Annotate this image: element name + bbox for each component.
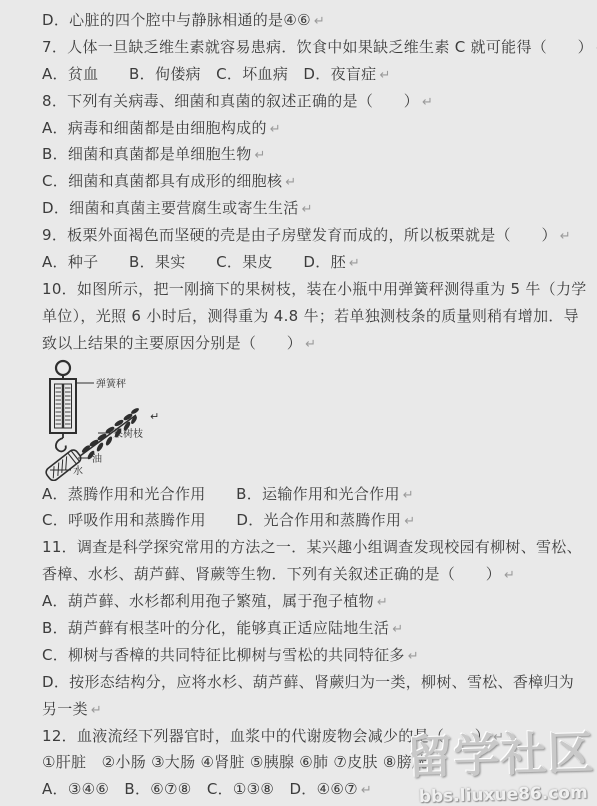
line-text: 9．板栗外面褐色而坚硬的壳是由子房壁发育而成的，所以板栗就是（ ） (42, 226, 557, 244)
doc-line: 9．板栗外面褐色而坚硬的壳是由子房壁发育而成的，所以板栗就是（ ）↵ (42, 222, 587, 249)
paragraph-mark: ↵ (408, 649, 419, 664)
question10-figure: 弹簧秤 果树枝 油 水 ↵ (34, 357, 587, 481)
line-text: 11．调查是科学探究常用的方法之一．某兴趣小组调查发现校园有柳树、雪松、 (42, 538, 582, 556)
spring-scale-diagram: 弹簧秤 果树枝 油 水 ↵ (34, 357, 209, 481)
doc-line: C．柳树与香樟的共同特征比柳树与雪松的共同特征多↵ (42, 642, 587, 669)
spring-scale-drawing (50, 361, 76, 451)
branch-label: 果树枝 (113, 427, 143, 440)
exam-document: D．心脏的四个腔中与静脉相通的是④⑥↵ 7．人体一旦缺乏维生素就容易患病．饮食中… (0, 0, 597, 803)
water-label: 水 (73, 464, 83, 477)
paragraph-mark: ↵ (314, 14, 325, 29)
line-text: D．细菌和真菌主要营腐生或寄生生活 (42, 199, 299, 217)
paragraph-mark: ↵ (255, 148, 266, 163)
doc-line: 10．如图所示，把一刚摘下的果树枝，装在小瓶中用弹簧秤测得重为 5 牛（力学 (42, 276, 587, 303)
doc-line: 单位），光照 6 小时后，测得重为 4.8 牛；若单独测枝条的质量则稍有增加．导 (42, 303, 587, 330)
line-text: A．③④⑥ B．⑥⑦⑧ C．①③⑧ D．④⑥⑦ (42, 780, 358, 798)
scale-hook (56, 438, 66, 451)
line-text: 香樟、水杉、葫芦藓、肾蕨等生物．下列有关叙述正确的是（ ） (42, 565, 501, 583)
doc-line: 香樟、水杉、葫芦藓、肾蕨等生物．下列有关叙述正确的是（ ）↵ (42, 561, 587, 588)
paragraph-mark: ↵ (404, 514, 415, 529)
doc-line: D．细菌和真菌主要营腐生或寄生生活↵ (42, 195, 587, 222)
line-text: A．病毒和细菌都是由细胞构成的 (42, 119, 267, 137)
line-text: B．细菌和真菌都是单细胞生物 (42, 145, 252, 163)
paragraph-mark: ↵ (493, 730, 504, 745)
doc-line: D．按形态结构分，应将水杉、葫芦藓、肾蕨归为一类，柳树、雪松、香樟归为 (42, 669, 587, 696)
doc-line: B．葫芦藓有根茎叶的分化，能够真正适应陆地生活↵ (42, 615, 587, 642)
doc-line: ①肝脏 ②小肠 ③大肠 ④肾脏 ⑤胰腺 ⑥肺 ⑦皮肤 ⑧膀胱． (42, 749, 587, 776)
doc-line: A．病毒和细菌都是由细胞构成的↵ (42, 115, 587, 142)
line-text: 致以上结果的主要原因分别是（ ） (42, 334, 302, 352)
line-text: 7．人体一旦缺乏维生素就容易患病．饮食中如果缺乏维生素 C 就可能得（ ） (42, 38, 593, 56)
paragraph-mark: ↵ (305, 337, 316, 352)
doc-line: 另一类↵ (42, 696, 587, 723)
spring-scale-label: 弹簧秤 (96, 377, 126, 390)
doc-line: 致以上结果的主要原因分别是（ ）↵ (42, 330, 587, 357)
paragraph-mark: ↵ (504, 568, 515, 583)
line-text: A．蒸腾作用和光合作用 B．运输作用和光合作用 (42, 485, 400, 503)
scale-ring (56, 361, 70, 375)
doc-line: B．细菌和真菌都是单细胞生物↵ (42, 141, 587, 168)
line-text: D．按形态结构分，应将水杉、葫芦藓、肾蕨归为一类，柳树、雪松、香樟归为 (42, 673, 574, 691)
doc-line: A．种子 B．果实 C．果皮 D．胚↵ (42, 249, 587, 276)
line-text: B．葫芦藓有根茎叶的分化，能够真正适应陆地生活 (42, 619, 389, 637)
doc-line: A．贫血 B．佝偻病 C．坏血病 D．夜盲症↵ (42, 61, 587, 88)
doc-line: 12．血液流经下列器官时，血浆中的代谢废物会减少的是（ ）↵ (42, 723, 587, 750)
paragraph-mark: ↵ (392, 622, 403, 637)
paragraph-mark: ↵ (270, 122, 281, 137)
line-text: C．柳树与香樟的共同特征比柳树与雪松的共同特征多 (42, 646, 405, 664)
line-text: ①肝脏 ②小肠 ③大肠 ④肾脏 ⑤胰腺 ⑥肺 ⑦皮肤 ⑧膀胱． (42, 753, 443, 771)
paragraph-mark: ↵ (379, 68, 390, 83)
line-text: 8．下列有关病毒、细菌和真菌的叙述正确的是（ ） (42, 92, 419, 110)
line-text: C．细菌和真菌都具有成形的细胞核 (42, 172, 282, 190)
paragraph-mark: ↵ (349, 256, 360, 271)
doc-line: C．呼吸作用和蒸腾作用 D．光合作用和蒸腾作用↵ (42, 507, 587, 534)
doc-line: A．葫芦藓、水杉都利用孢子繁殖，属于孢子植物↵ (42, 588, 587, 615)
line-text: A．种子 B．果实 C．果皮 D．胚 (42, 253, 346, 271)
doc-line: 11．调查是科学探究常用的方法之一．某兴趣小组调查发现校园有柳树、雪松、 (42, 534, 587, 561)
paragraph-mark: ↵ (377, 595, 388, 610)
paragraph-mark: ↵ (150, 410, 159, 423)
doc-line: A．③④⑥ B．⑥⑦⑧ C．①③⑧ D．④⑥⑦↵ (42, 776, 587, 803)
doc-line: D．心脏的四个腔中与静脉相通的是④⑥↵ (42, 7, 587, 34)
line-text: 10．如图所示，把一刚摘下的果树枝，装在小瓶中用弹簧秤测得重为 5 牛（力学 (42, 280, 587, 298)
doc-line: 7．人体一旦缺乏维生素就容易患病．饮食中如果缺乏维生素 C 就可能得（ ）↵ (42, 34, 587, 61)
line-text: D．心脏的四个腔中与静脉相通的是④⑥ (42, 11, 311, 29)
doc-line: 8．下列有关病毒、细菌和真菌的叙述正确的是（ ）↵ (42, 88, 587, 115)
paragraph-mark: ↵ (361, 783, 372, 798)
line-text: 另一类 (42, 700, 88, 718)
oil-label: 油 (92, 452, 102, 465)
line-text: 12．血液流经下列器官时，血浆中的代谢废物会减少的是（ ） (42, 727, 490, 745)
paragraph-mark: ↵ (302, 202, 313, 217)
line-text: A．贫血 B．佝偻病 C．坏血病 D．夜盲症 (42, 65, 376, 83)
doc-line: C．细菌和真菌都具有成形的细胞核↵ (42, 168, 587, 195)
doc-line: A．蒸腾作用和光合作用 B．运输作用和光合作用↵ (42, 481, 587, 508)
line-text: 单位），光照 6 小时后，测得重为 4.8 牛；若单独测枝条的质量则稍有增加．导 (42, 307, 579, 325)
paragraph-mark: ↵ (91, 703, 102, 718)
line-text: C．呼吸作用和蒸腾作用 D．光合作用和蒸腾作用 (42, 511, 401, 529)
line-text: A．葫芦藓、水杉都利用孢子繁殖，属于孢子植物 (42, 592, 374, 610)
paragraph-mark: ↵ (560, 229, 571, 244)
paragraph-mark: ↵ (403, 488, 414, 503)
paragraph-mark: ↵ (422, 95, 433, 110)
paragraph-mark: ↵ (285, 175, 296, 190)
